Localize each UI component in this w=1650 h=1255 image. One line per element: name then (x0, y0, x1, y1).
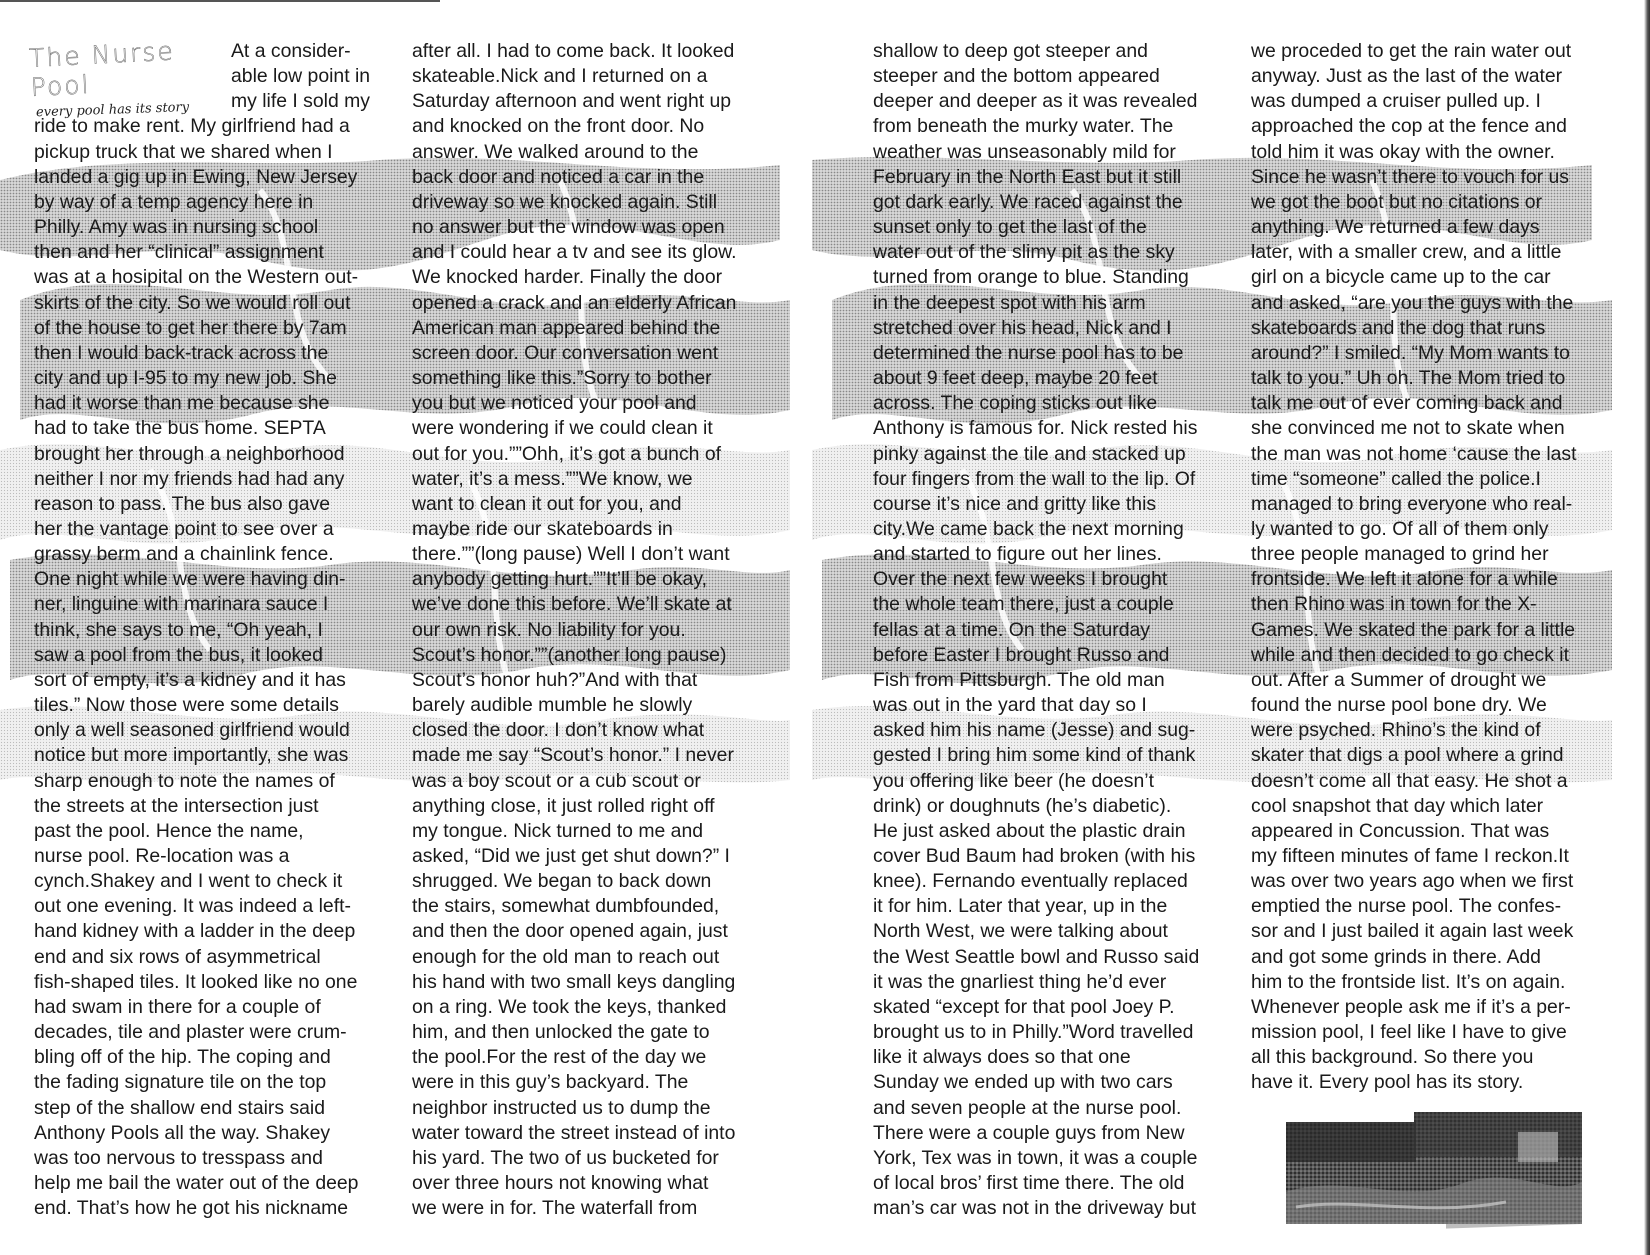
text-line: my fifteen minutes of fame I reckon.It (1251, 844, 1621, 869)
text-line: emptied the nurse pool. The confes- (1251, 894, 1621, 919)
text-line: and then the door opened again, just (412, 919, 792, 944)
text-line: something like this.”Sorry to bother (412, 366, 792, 391)
text-line: turned from orange to blue. Standing (873, 265, 1243, 290)
column-1: At a consider- able low point in my life… (34, 39, 389, 1221)
text-line: barely audible mumble he slowly (412, 693, 792, 718)
text-line: the fading signature tile on the top (34, 1070, 389, 1095)
text-line: answer. We walked around to the (412, 140, 792, 165)
text-line: sunset only to get the last of the (873, 215, 1243, 240)
text-line: you offering like beer (he doesn’t (873, 769, 1243, 794)
text-line: Sunday we ended up with two cars (873, 1070, 1243, 1095)
text-line: out one evening. It was indeed a left- (34, 894, 389, 919)
text-line: was at a hosipital on the Western out- (34, 265, 389, 290)
text-line: no answer but the window was open (412, 215, 792, 240)
text-line: York, Tex was in town, it was a couple (873, 1146, 1243, 1171)
text-line: water toward the street instead of into (412, 1121, 792, 1146)
text-line: knee). Fernando eventually replaced (873, 869, 1243, 894)
text-line: There were a couple guys from New (873, 1121, 1243, 1146)
text-line: anything. We returned a few days (1251, 215, 1621, 240)
text-line: course it’s nice and gritty like this (873, 492, 1243, 517)
text-line: want to clean it out for you, and (412, 492, 792, 517)
text-line: had to take the bus home. SEPTA (34, 416, 389, 441)
text-line: managed to bring everyone who real- (1251, 492, 1621, 517)
text-line: Anthony is famous for. Nick rested his (873, 416, 1243, 441)
text-line: opened a crack and an elderly African (412, 291, 792, 316)
text-line: time “someone” called the police.I (1251, 467, 1621, 492)
text-line: fellas at a time. On the Saturday (873, 618, 1243, 643)
text-line: decades, tile and plaster were crum- (34, 1020, 389, 1045)
text-line: then Rhino was in town for the X- (1251, 592, 1621, 617)
text-line: made me say “Scout’s honor.” I never (412, 743, 792, 768)
text-line: later, with a smaller crew, and a little (1251, 240, 1621, 265)
text-line: it for him. Later that year, up in the (873, 894, 1243, 919)
text-line: three people managed to grind her (1251, 542, 1621, 567)
text-line: bling off of the hip. The coping and (34, 1045, 389, 1070)
text-line: think, she says to me, “Oh yeah, I (34, 618, 389, 643)
text-line: We knocked harder. Finally the door (412, 265, 792, 290)
text-line: approached the cop at the fence and (1251, 114, 1621, 139)
left-page: The Nurse Pool every pool has its story … (0, 0, 812, 1255)
text-line: At a consider- (34, 39, 389, 64)
text-line: shallow to deep got steeper and (873, 39, 1243, 64)
text-line: we got the boot but no citations or (1251, 190, 1621, 215)
text-line: our own risk. No liability for you. (412, 618, 792, 643)
text-line: screen door. Our conversation went (412, 341, 792, 366)
text-line: pickup truck that we shared when I (34, 140, 389, 165)
column-2: after all. I had to come back. It looked… (412, 39, 792, 1221)
text-line: back door and noticed a car in the (412, 165, 792, 190)
text-line: and I could hear a tv and see its glow. (412, 240, 792, 265)
text-line: ner, linguine with marinara sauce I (34, 592, 389, 617)
text-line: had it worse than me because she (34, 391, 389, 416)
text-line: you but we noticed your pool and (412, 391, 792, 416)
text-line: end and six rows of asymmetrical (34, 945, 389, 970)
text-line: my tongue. Nick turned to me and (412, 819, 792, 844)
text-line: like it always does so that one (873, 1045, 1243, 1070)
text-line: frontside. We left it alone for a while (1251, 567, 1621, 592)
text-line: was too nervous to tresspass and (34, 1146, 389, 1171)
text-line: have it. Every pool has its story. (1251, 1070, 1621, 1095)
text-line: after all. I had to come back. It looked (412, 39, 792, 64)
top-edge (0, 0, 440, 2)
text-line: pinky against the tile and stacked up (873, 442, 1243, 467)
text-line: brought us to in Philly.”Word travelled (873, 1020, 1243, 1045)
text-line: closed the door. I don’t know what (412, 718, 792, 743)
text-line: notice but more importantly, she was (34, 743, 389, 768)
text-line: appeared in Concussion. That was (1251, 819, 1621, 844)
text-line: skated “except for that pool Joey P. (873, 995, 1243, 1020)
text-line: it was the gnarliest thing he’d ever (873, 970, 1243, 995)
text-line: then I would back-track across the (34, 341, 389, 366)
text-line: while and then decided to go check it (1251, 643, 1621, 668)
text-line: on a ring. We took the keys, thanked (412, 995, 792, 1020)
text-line: sor and I just bailed it again last week (1251, 919, 1621, 944)
text-line: water out of the slimy pit as the sky (873, 240, 1243, 265)
text-line: Games. We skated the park for a little (1251, 618, 1621, 643)
text-line: were in this guy’s backyard. The (412, 1070, 792, 1095)
text-line: Scout’s honor.””(another long pause) (412, 643, 792, 668)
text-line: him, and then unlocked the gate to (412, 1020, 792, 1045)
text-line: American man appeared behind the (412, 316, 792, 341)
text-line: end. That’s how he got his nickname (34, 1196, 389, 1221)
text-line: asked, “Did we just get shut down?” I (412, 844, 792, 869)
text-line: Whenever people ask me if it’s a per- (1251, 995, 1621, 1020)
pool-photo-collage (1286, 1112, 1582, 1234)
text-line: North West, we were talking about (873, 919, 1243, 944)
text-line: nurse pool. Re-location was a (34, 844, 389, 869)
text-line: determined the nurse pool has to be (873, 341, 1243, 366)
text-line: stretched over his head, Nick and I (873, 316, 1243, 341)
text-line: brought her through a neighborhood (34, 442, 389, 467)
text-line: fish-shaped tiles. It looked like no one (34, 970, 389, 995)
text-line: Scout’s honor huh?”And with that (412, 668, 792, 693)
text-line: tiles.” Now those were some details (34, 693, 389, 718)
text-line: girl on a bicycle came up to the car (1251, 265, 1621, 290)
text-line: ly wanted to go. Of all of them only (1251, 517, 1621, 542)
text-line: weather was unseasonably mild for (873, 140, 1243, 165)
text-line: around?” I smiled. “My Mom wants to (1251, 341, 1621, 366)
column-4: we proceded to get the rain water out an… (1251, 39, 1621, 1096)
text-line: the streets at the intersection just (34, 794, 389, 819)
text-line: and asked, “are you the guys with the (1251, 291, 1621, 316)
column-3: shallow to deep got steeper and steeper … (873, 39, 1243, 1221)
text-line: Since he wasn’t there to vouch for us (1251, 165, 1621, 190)
text-line: Saturday afternoon and went right up (412, 89, 792, 114)
text-line: over three hours not knowing what (412, 1171, 792, 1196)
text-line: gested I bring him some kind of thank (873, 743, 1243, 768)
text-line: the man was not home ‘cause the last (1251, 442, 1621, 467)
text-line: the whole team there, just a couple (873, 592, 1243, 617)
text-line: mission pool, I feel like I have to give (1251, 1020, 1621, 1045)
text-line: steeper and the bottom appeared (873, 64, 1243, 89)
text-line: anyway. Just as the last of the water (1251, 64, 1621, 89)
text-line: past the pool. Hence the name, (34, 819, 389, 844)
zine-spread: The Nurse Pool every pool has its story … (0, 0, 1650, 1255)
text-line: anything close, it just rolled right off (412, 794, 792, 819)
text-line: cover Bud Baum had broken (with his (873, 844, 1243, 869)
text-line: step of the shallow end stairs said (34, 1096, 389, 1121)
text-line: drink) or doughnuts (he’s diabetic). (873, 794, 1243, 819)
text-line: the West Seattle bowl and Russo said (873, 945, 1243, 970)
text-line: sort of empty, it’s a kidney and it has (34, 668, 389, 693)
text-line: help me bail the water out of the deep (34, 1171, 389, 1196)
text-line: asked him his name (Jesse) and sug- (873, 718, 1243, 743)
text-line: had swam in there for a couple of (34, 995, 389, 1020)
text-line: cynch.Shakey and I went to check it (34, 869, 389, 894)
text-line: city.We came back the next morning (873, 517, 1243, 542)
text-line: from beneath the murky water. The (873, 114, 1243, 139)
text-line: Over the next few weeks I brought (873, 567, 1243, 592)
text-line: him to the frontside list. It’s on again… (1251, 970, 1621, 995)
text-line: the stairs, somewhat dumbfounded, (412, 894, 792, 919)
text-line: were psyched. Rhino’s the kind of (1251, 718, 1621, 743)
text-line: maybe ride our skateboards in (412, 517, 792, 542)
text-line: was over two years ago when we first (1251, 869, 1621, 894)
text-line: He just asked about the plastic drain (873, 819, 1243, 844)
text-line: sharp enough to note the names of (34, 769, 389, 794)
text-line: told him it was okay with the owner. (1251, 140, 1621, 165)
text-line: water, it’s a mess.””We know, we (412, 467, 792, 492)
text-line: of the house to get her there by 7am (34, 316, 389, 341)
text-line: cool snapshot that day which later (1251, 794, 1621, 819)
text-line: before Easter I brought Russo and (873, 643, 1243, 668)
text-line: skateboards and the dog that runs (1251, 316, 1621, 341)
text-line: doesn’t come all that easy. He shot a (1251, 769, 1621, 794)
text-line: his yard. The two of us bucketed for (412, 1146, 792, 1171)
text-line: was dumped a cruiser pulled up. I (1251, 89, 1621, 114)
text-line: and seven people at the nurse pool. (873, 1096, 1243, 1121)
text-line: February in the North East but it still (873, 165, 1243, 190)
text-line: we’ve done this before. We’ll skate at (412, 592, 792, 617)
text-line: across. The coping sticks out like (873, 391, 1243, 416)
text-line: only a well seasoned girlfriend would (34, 718, 389, 743)
text-line: grassy berm and a chainlink fence. (34, 542, 389, 567)
text-line: found the nurse pool bone dry. We (1251, 693, 1621, 718)
text-line: she convinced me not to skate when (1251, 416, 1621, 441)
text-line: then and her “clinical” assignment (34, 240, 389, 265)
text-line: city and up I-95 to my new job. She (34, 366, 389, 391)
text-line: got dark early. We raced against the (873, 190, 1243, 215)
text-line: reason to pass. The bus also gave (34, 492, 389, 517)
text-line: we were in for. The waterfall from (412, 1196, 792, 1221)
text-line: Fish from Pittsburgh. The old man (873, 668, 1243, 693)
text-line: out. After a Summer of drought we (1251, 668, 1621, 693)
text-line: talk me out of ever coming back and (1251, 391, 1621, 416)
text-line: his hand with two small keys dangling (412, 970, 792, 995)
text-line: anybody getting hurt.””It’ll be okay, (412, 567, 792, 592)
text-line: about 9 feet deep, maybe 20 feet (873, 366, 1243, 391)
text-line: there.””(long pause) Well I don’t want (412, 542, 792, 567)
text-line: driveway so we knocked again. Still (412, 190, 792, 215)
text-line: the pool.For the rest of the day we (412, 1045, 792, 1070)
text-line: deeper and deeper as it was revealed (873, 89, 1243, 114)
text-line: her the vantage point to see over a (34, 517, 389, 542)
text-line: in the deepest spot with his arm (873, 291, 1243, 316)
text-line: and got some grinds in there. Add (1251, 945, 1621, 970)
text-line: and started to figure out her lines. (873, 542, 1243, 567)
text-line: landed a gig up in Ewing, New Jersey (34, 165, 389, 190)
text-line: talk to you.” Uh oh. The Mom tried to (1251, 366, 1621, 391)
text-line: was a boy scout or a cub scout or (412, 769, 792, 794)
text-line: Philly. Amy was in nursing school (34, 215, 389, 240)
text-line: saw a pool from the bus, it looked (34, 643, 389, 668)
text-line: and knocked on the front door. No (412, 114, 792, 139)
text-line: was out in the yard that day so I (873, 693, 1243, 718)
text-line: skirts of the city. So we would roll out (34, 291, 389, 316)
text-line: ride to make rent. My girlfriend had a (34, 114, 389, 139)
text-line: neither I nor my friends had had any (34, 467, 389, 492)
text-line: able low point in (34, 64, 389, 89)
text-line: by way of a temp agency here in (34, 190, 389, 215)
text-line: neighbor instructed us to dump the (412, 1096, 792, 1121)
text-line: were wondering if we could clean it (412, 416, 792, 441)
text-line: man’s car was not in the driveway but (873, 1196, 1243, 1221)
text-line: skateable.Nick and I returned on a (412, 64, 792, 89)
text-line: we proceded to get the rain water out (1251, 39, 1621, 64)
page-edge (1644, 0, 1650, 1255)
text-line: shrugged. We began to back down (412, 869, 792, 894)
text-line: all this background. So there you (1251, 1045, 1621, 1070)
text-line: skater that digs a pool where a grind (1251, 743, 1621, 768)
text-line: enough for the old man to reach out (412, 945, 792, 970)
text-line: out for you.””Ohh, it’s got a bunch of (412, 442, 792, 467)
text-line: of local bros’ first time there. The old (873, 1171, 1243, 1196)
text-line: four fingers from the wall to the lip. O… (873, 467, 1243, 492)
text-line: One night while we were having din- (34, 567, 389, 592)
text-line: hand kidney with a ladder in the deep (34, 919, 389, 944)
text-line: Anthony Pools all the way. Shakey (34, 1121, 389, 1146)
text-line: my life I sold my (34, 89, 389, 114)
